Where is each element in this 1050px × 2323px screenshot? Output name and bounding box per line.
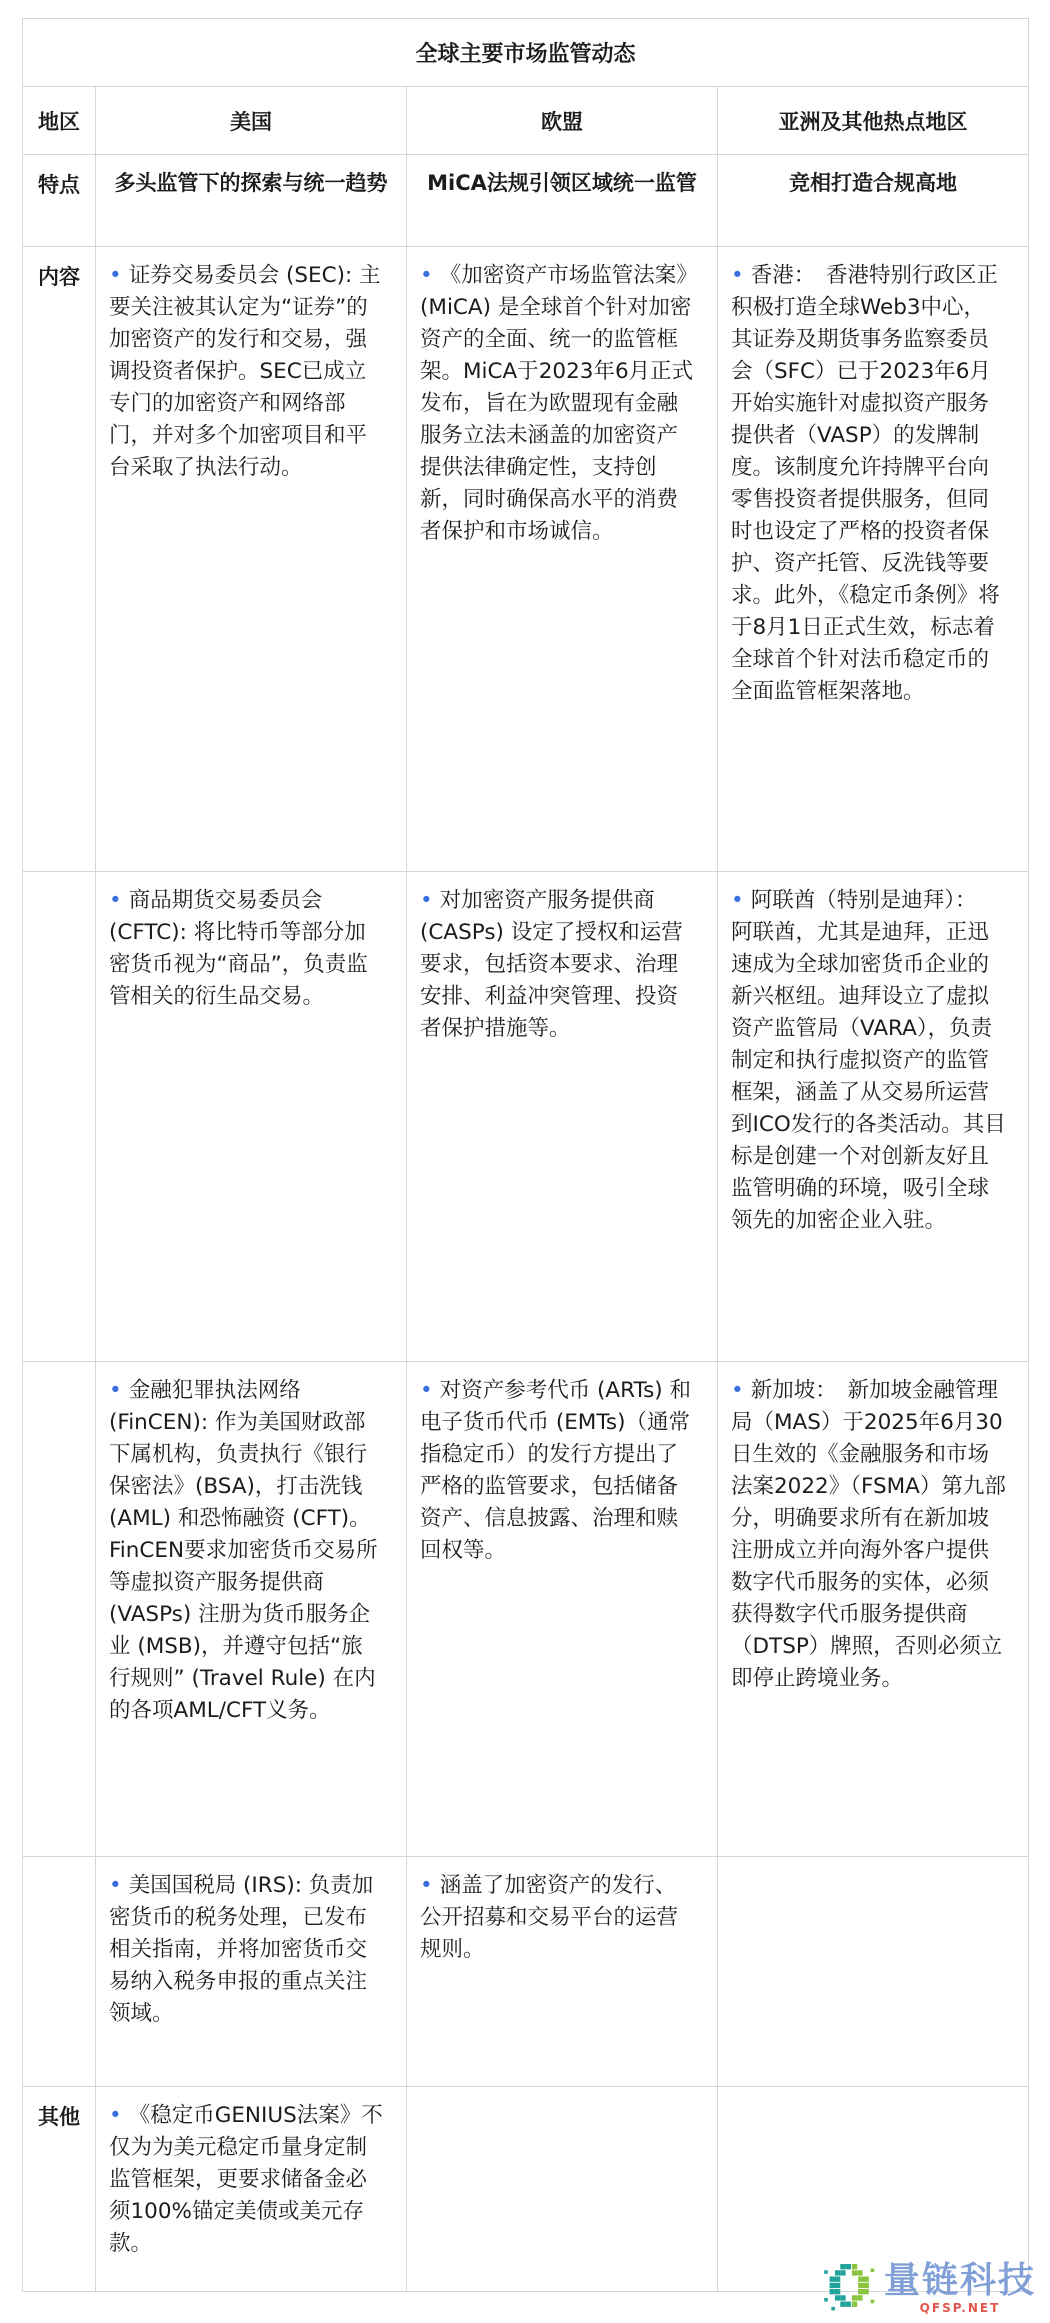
cell-text: 商品期货交易委员会 (CFTC): 将比特币等部分加密货币视为“商品”，负责监管… bbox=[109, 888, 368, 1009]
content-us-sec: •证券交易委员会 (SEC): 主要关注被其认定为“证券”的加密资产的发行和交易… bbox=[96, 247, 407, 872]
content-row: •美国国税局 (IRS): 负责加密货币的税务处理，已发布相关指南，并将加密货币… bbox=[23, 1857, 1029, 2087]
bullet-icon: • bbox=[420, 888, 433, 913]
row-label-empty bbox=[23, 1362, 96, 1857]
content-eu-issuance: •涵盖了加密资产的发行、公开招募和交易平台的运营规则。 bbox=[407, 1857, 718, 2087]
cell-text: 涵盖了加密资产的发行、公开招募和交易平台的运营规则。 bbox=[420, 1873, 678, 1962]
content-asia-empty bbox=[718, 1857, 1029, 2087]
row-label-other: 其他 bbox=[23, 2087, 96, 2292]
bullet-icon: • bbox=[109, 888, 122, 913]
cell-text: 阿联酋（特别是迪拜）： 阿联酋，尤其是迪拜，正迅速成为全球加密货币企业的新兴枢纽… bbox=[731, 888, 1006, 1233]
content-us-fincen: •金融犯罪执法网络 (FinCEN): 作为美国财政部下属机构，负责执行《银行保… bbox=[96, 1362, 407, 1857]
bullet-icon: • bbox=[420, 263, 433, 288]
bullet-icon: • bbox=[731, 888, 744, 913]
brand-watermark: 量链科技 QFSP.NET bbox=[824, 2262, 1036, 2315]
cell-text: 香港： 香港特别行政区正积极打造全球Web3中心，其证券及期货事务监察委员会（S… bbox=[731, 263, 1000, 704]
cell-text: 《稳定币GENIUS法案》不仅为为美元稳定币量身定制监管框架，更要求储备金必须1… bbox=[109, 2103, 383, 2256]
bullet-icon: • bbox=[109, 1378, 122, 1403]
other-eu-empty bbox=[407, 2087, 718, 2292]
row-label-empty bbox=[23, 872, 96, 1362]
content-us-irs: •美国国税局 (IRS): 负责加密货币的税务处理，已发布相关指南，并将加密货币… bbox=[96, 1857, 407, 2087]
content-eu-casps: •对加密资产服务提供商 (CASPs) 设定了授权和运营要求，包括资本要求、治理… bbox=[407, 872, 718, 1362]
other-us-genius: •《稳定币GENIUS法案》不仅为为美元稳定币量身定制监管框架，更要求储备金必须… bbox=[96, 2087, 407, 2292]
cell-text: 对加密资产服务提供商 (CASPs) 设定了授权和运营要求，包括资本要求、治理安… bbox=[420, 888, 683, 1041]
feature-eu: MiCA法规引领区域统一监管 bbox=[407, 155, 718, 247]
page: 全球主要市场监管动态 地区 美国 欧盟 亚洲及其他热点地区 特点 多头监管下的探… bbox=[0, 0, 1050, 2323]
col-header-asia: 亚洲及其他热点地区 bbox=[718, 87, 1029, 155]
content-row: •商品期货交易委员会 (CFTC): 将比特币等部分加密货币视为“商品”，负责监… bbox=[23, 872, 1029, 1362]
bullet-icon: • bbox=[420, 1378, 433, 1403]
cell-text: 证券交易委员会 (SEC): 主要关注被其认定为“证券”的加密资产的发行和交易，… bbox=[109, 263, 381, 480]
col-header-eu: 欧盟 bbox=[407, 87, 718, 155]
content-us-cftc: •商品期货交易委员会 (CFTC): 将比特币等部分加密货币视为“商品”，负责监… bbox=[96, 872, 407, 1362]
bullet-icon: • bbox=[731, 263, 744, 288]
row-label-empty bbox=[23, 1857, 96, 2087]
bullet-icon: • bbox=[109, 263, 122, 288]
bullet-icon: • bbox=[731, 1378, 744, 1403]
table-title: 全球主要市场监管动态 bbox=[23, 19, 1029, 87]
row-label-feature: 特点 bbox=[23, 155, 96, 247]
content-row: 内容 •证券交易委员会 (SEC): 主要关注被其认定为“证券”的加密资产的发行… bbox=[23, 247, 1029, 872]
feature-us: 多头监管下的探索与统一趋势 bbox=[96, 155, 407, 247]
brand-domain: QFSP.NET bbox=[920, 2301, 1001, 2315]
col-header-us: 美国 bbox=[96, 87, 407, 155]
col-header-region: 地区 bbox=[23, 87, 96, 155]
bullet-icon: • bbox=[109, 1873, 122, 1898]
bullet-icon: • bbox=[109, 2103, 122, 2128]
feature-row: 特点 多头监管下的探索与统一趋势 MiCA法规引领区域统一监管 竞相打造合规高地 bbox=[23, 155, 1029, 247]
cell-text: 新加坡： 新加坡金融管理局（MAS）于2025年6月30日生效的《金融服务和市场… bbox=[731, 1378, 1006, 1691]
other-row: 其他 •《稳定币GENIUS法案》不仅为为美元稳定币量身定制监管框架，更要求储备… bbox=[23, 2087, 1029, 2292]
content-asia-hongkong: •香港： 香港特别行政区正积极打造全球Web3中心，其证券及期货事务监察委员会（… bbox=[718, 247, 1029, 872]
content-eu-mica: •《加密资产市场监管法案》(MiCA) 是全球首个针对加密资产的全面、统一的监管… bbox=[407, 247, 718, 872]
row-label-content: 内容 bbox=[23, 247, 96, 872]
content-row: •金融犯罪执法网络 (FinCEN): 作为美国财政部下属机构，负责执行《银行保… bbox=[23, 1362, 1029, 1857]
cell-text: 美国国税局 (IRS): 负责加密货币的税务处理，已发布相关指南，并将加密货币交… bbox=[109, 1873, 373, 2026]
content-asia-singapore: •新加坡： 新加坡金融管理局（MAS）于2025年6月30日生效的《金融服务和市… bbox=[718, 1362, 1029, 1857]
cell-text: 金融犯罪执法网络 (FinCEN): 作为美国财政部下属机构，负责执行《银行保密… bbox=[109, 1378, 378, 1723]
cell-text: 《加密资产市场监管法案》(MiCA) 是全球首个针对加密资产的全面、统一的监管框… bbox=[420, 263, 693, 544]
brand-name: 量链科技 bbox=[884, 2262, 1036, 2300]
content-eu-arts-emts: •对资产参考代币 (ARTs) 和电子货币代币 (EMTs)（通常指稳定币）的发… bbox=[407, 1362, 718, 1857]
content-asia-uae: •阿联酋（特别是迪拜）： 阿联酋，尤其是迪拜，正迅速成为全球加密货币企业的新兴枢… bbox=[718, 872, 1029, 1362]
bullet-icon: • bbox=[420, 1873, 433, 1898]
brand-logo-icon bbox=[824, 2264, 878, 2314]
feature-asia: 竞相打造合规高地 bbox=[718, 155, 1029, 247]
cell-text: 对资产参考代币 (ARTs) 和电子货币代币 (EMTs)（通常指稳定币）的发行… bbox=[420, 1378, 691, 1563]
regulation-table: 全球主要市场监管动态 地区 美国 欧盟 亚洲及其他热点地区 特点 多头监管下的探… bbox=[22, 18, 1029, 2292]
